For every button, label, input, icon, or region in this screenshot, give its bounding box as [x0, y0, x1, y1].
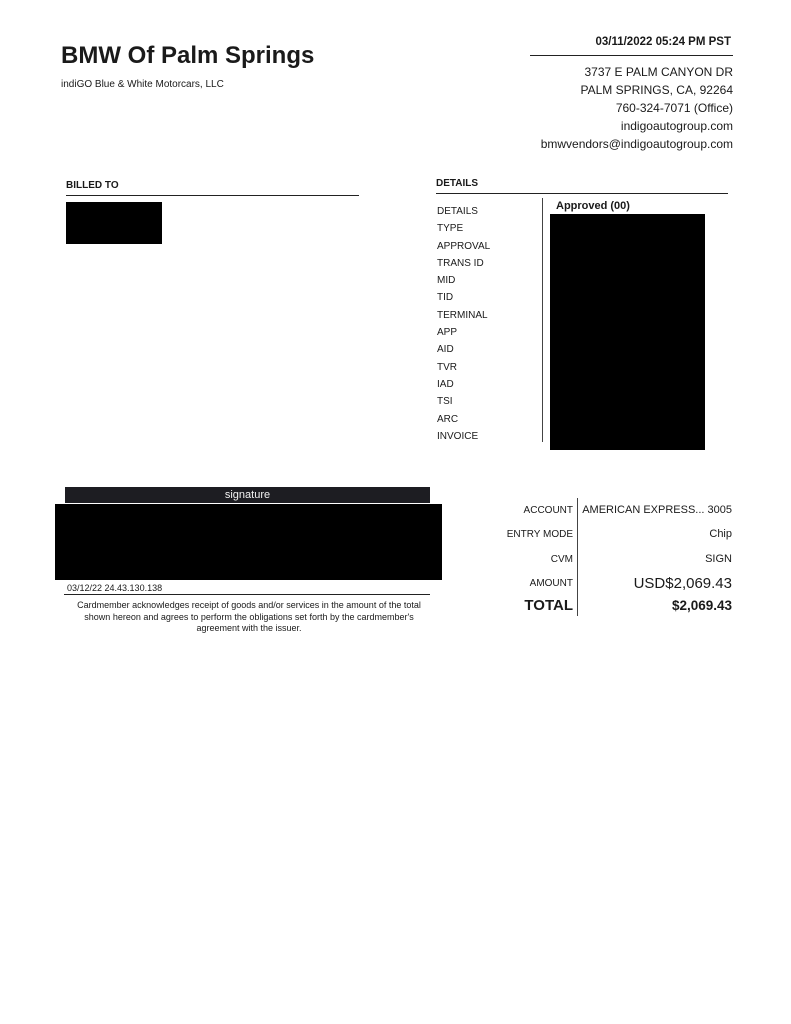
account-label: ACCOUNT [507, 502, 573, 526]
amount-label: AMOUNT [507, 575, 573, 599]
details-divider [436, 193, 728, 194]
label-trans-id: TRANS ID [437, 255, 490, 272]
merchant-name: BMW Of Palm Springs [61, 42, 314, 70]
billed-to-redaction [66, 202, 162, 244]
label-type: TYPE [437, 220, 490, 237]
label-mid: MID [437, 272, 490, 289]
details-values-redaction [550, 214, 705, 450]
amount-value: USD$2,069.43 [582, 575, 732, 599]
label-approval: APPROVAL [437, 238, 490, 255]
entry-mode-label: ENTRY MODE [507, 526, 573, 550]
total-value: $2,069.43 [582, 599, 732, 623]
header-divider [530, 55, 733, 56]
cvm-value: SIGN [582, 551, 732, 575]
billed-to-divider [66, 195, 359, 196]
address-street: 3737 E PALM CANYON DR [541, 63, 733, 81]
total-label: TOTAL [507, 599, 573, 623]
cvm-label: CVM [507, 551, 573, 575]
label-details: DETAILS [437, 203, 490, 220]
signature-bar: signature [65, 487, 430, 503]
payment-column-divider [577, 498, 578, 616]
details-heading: DETAILS [436, 178, 478, 189]
label-tsi: TSI [437, 393, 490, 410]
cardmember-disclaimer: Cardmember acknowledges receipt of goods… [64, 600, 434, 635]
billed-to-heading: BILLED TO [66, 180, 119, 191]
merchant-legal-name: indiGO Blue & White Motorcars, LLC [61, 79, 224, 90]
signature-redaction [55, 504, 442, 580]
address-phone: 760-324-7071 (Office) [541, 99, 733, 117]
transaction-datetime: 03/11/2022 05:24 PM PST [595, 36, 731, 48]
label-app: APP [437, 324, 490, 341]
approval-status: Approved (00) [556, 200, 630, 212]
label-invoice: INVOICE [437, 428, 490, 445]
payment-values: AMERICAN EXPRESS... 3005 Chip SIGN USD$2… [582, 502, 732, 623]
label-arc: ARC [437, 411, 490, 428]
signature-meta: 03/12/22 24.43.130.138 [67, 583, 162, 593]
label-tvr: TVR [437, 359, 490, 376]
details-column-divider [542, 198, 543, 442]
address-email: bmwvendors@indigoautogroup.com [541, 135, 733, 153]
address-website: indigoautogroup.com [541, 117, 733, 135]
signature-divider [64, 594, 430, 595]
payment-labels: ACCOUNT ENTRY MODE CVM AMOUNT TOTAL [507, 502, 573, 623]
details-labels: DETAILS TYPE APPROVAL TRANS ID MID TID T… [437, 203, 490, 445]
label-aid: AID [437, 341, 490, 358]
address-city: PALM SPRINGS, CA, 92264 [541, 81, 733, 99]
entry-mode-value: Chip [582, 526, 732, 550]
label-terminal: TERMINAL [437, 307, 490, 324]
label-tid: TID [437, 289, 490, 306]
label-iad: IAD [437, 376, 490, 393]
account-value: AMERICAN EXPRESS... 3005 [582, 502, 732, 526]
merchant-address: 3737 E PALM CANYON DR PALM SPRINGS, CA, … [541, 63, 733, 153]
